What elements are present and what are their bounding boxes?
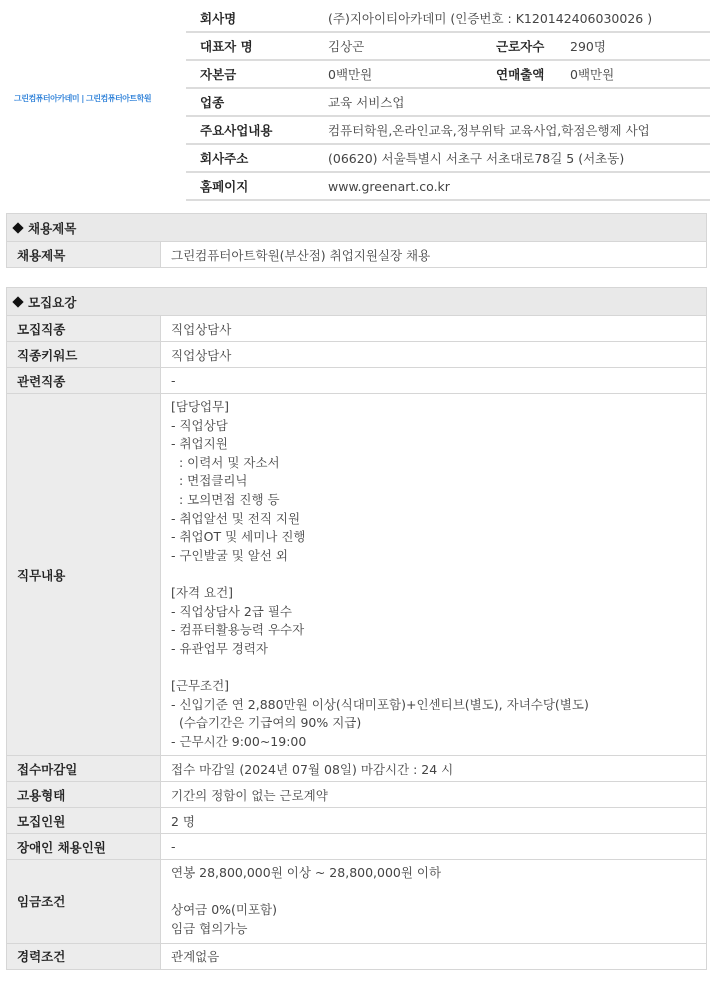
row-value: 직업상담사 bbox=[161, 316, 707, 342]
employees-label: 근로자수 bbox=[496, 32, 570, 60]
homepage-link[interactable]: www.greenart.co.kr bbox=[328, 172, 710, 200]
row-label: 장애인 채용인원 bbox=[7, 834, 161, 860]
job-description-value: [담당업무] - 직업상담 - 취업지원 : 이력서 및 자소서 : 면접클리닉… bbox=[161, 394, 707, 756]
row-value: - bbox=[161, 368, 707, 394]
row-value: 관계없음 bbox=[161, 943, 707, 969]
row-label: 접수마감일 bbox=[7, 756, 161, 782]
address-label: 회사주소 bbox=[186, 144, 328, 172]
section-header: 채용제목 bbox=[7, 214, 707, 242]
capital-value: 0백만원 bbox=[328, 60, 496, 88]
row-label: 고용형태 bbox=[7, 782, 161, 808]
sales-value: 0백만원 bbox=[570, 60, 710, 88]
row-label: 임금조건 bbox=[7, 860, 161, 943]
diamond-bullet-icon bbox=[12, 222, 23, 233]
business-label: 주요사업내용 bbox=[186, 116, 328, 144]
recruit-title-section: 채용제목 채용제목 그린컴퓨터아트학원(부산점) 취업지원실장 채용 bbox=[6, 213, 707, 268]
employees-value: 290명 bbox=[570, 32, 710, 60]
sales-label: 연매출액 bbox=[496, 60, 570, 88]
row-label: 관련직종 bbox=[7, 368, 161, 394]
row-value: 기간의 정함이 없는 근로계약 bbox=[161, 782, 707, 808]
industry-label: 업종 bbox=[186, 88, 328, 116]
row-label: 경력조건 bbox=[7, 943, 161, 969]
section-header-label: 모집요강 bbox=[28, 295, 76, 310]
salary-value: 연봉 28,800,000원 이상 ~ 28,800,000원 이하 상여금 0… bbox=[161, 860, 707, 943]
industry-value: 교육 서비스업 bbox=[328, 88, 710, 116]
row-value: 접수 마감일 (2024년 07월 08일) 마감시간 : 24 시 bbox=[161, 756, 707, 782]
business-value: 컴퓨터학원,온라인교육,정부위탁 교육사업,학점은행제 사업 bbox=[328, 116, 710, 144]
capital-label: 자본금 bbox=[186, 60, 328, 88]
company-name-label: 회사명 bbox=[186, 5, 328, 32]
row-label: 모집직종 bbox=[7, 316, 161, 342]
recruit-title-label: 채용제목 bbox=[7, 242, 161, 268]
address-value: (06620) 서울특별시 서초구 서초대로78길 5 (서초동) bbox=[328, 144, 710, 172]
row-value: 직업상담사 bbox=[161, 342, 707, 368]
company-info-table: 회사명 (주)지아이티아카데미 (인증번호 : K120142406030026… bbox=[186, 5, 710, 201]
recruit-title-value: 그린컴퓨터아트학원(부산점) 취업지원실장 채용 bbox=[161, 242, 707, 268]
homepage-label: 홈페이지 bbox=[186, 172, 328, 200]
row-label: 직무내용 bbox=[7, 394, 161, 756]
ceo-value: 김상곤 bbox=[328, 32, 496, 60]
diamond-bullet-icon bbox=[12, 296, 23, 307]
row-label: 직종키워드 bbox=[7, 342, 161, 368]
section-header-label: 채용제목 bbox=[28, 221, 76, 236]
row-value: - bbox=[161, 834, 707, 860]
row-label: 모집인원 bbox=[7, 808, 161, 834]
company-name-value: (주)지아이티아카데미 (인증번호 : K120142406030026 ) bbox=[328, 5, 710, 32]
requirements-section: 모집요강 모집직종직업상담사 직종키워드직업상담사 관련직종- 직무내용[담당업… bbox=[6, 287, 707, 970]
ceo-label: 대표자 명 bbox=[186, 32, 328, 60]
section-header: 모집요강 bbox=[7, 288, 707, 316]
company-logo: 그린컴퓨터아카데미 | 그린컴퓨터아트학원 bbox=[14, 93, 151, 104]
row-value: 2 명 bbox=[161, 808, 707, 834]
